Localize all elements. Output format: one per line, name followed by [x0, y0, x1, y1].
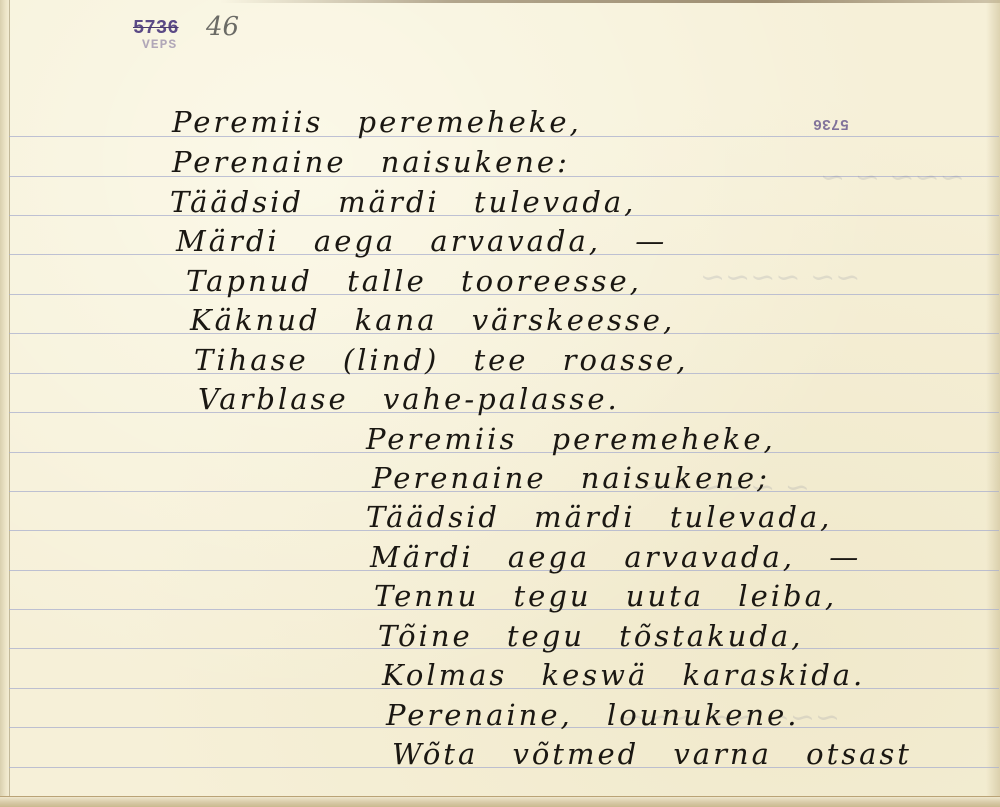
verse-line: Tapnud talle tooreesse, [186, 267, 642, 296]
verse-line: Tennu tegu uuta leiba, [374, 582, 837, 611]
verse-line: Perenaine naisukene; [372, 464, 770, 493]
verse-line: Käknud kana värskeesse, [190, 306, 675, 335]
bleed-through-writing: ~~ ~~~~ [700, 260, 860, 295]
verse-line: Täädsid märdi tulevada, [366, 503, 832, 532]
archive-stamp-number: 5736 [133, 17, 179, 39]
verse-line: Wõta võtmed varna otsast [392, 740, 912, 769]
verse-line: Perenaine, lounukene. [386, 701, 799, 730]
page-right-shadow [986, 0, 1000, 807]
verse-line: Perenaine naisukene: [172, 148, 570, 177]
page-binding-edge [0, 0, 10, 807]
verse-line: Peremiis peremeheke, [172, 108, 582, 137]
verse-line: Tõine tegu tõstakuda, [378, 622, 803, 651]
verse-line: Täädsid märdi tulevada, [170, 188, 636, 217]
verse-line: Märdi aega arvavada, — [370, 543, 861, 572]
bleed-through-writing: ~~~ ~ ~ [820, 160, 965, 195]
manuscript-page: ~~~ ~ ~ ~~ ~~~~ ~ ~~~ ~~ ~~~ ~~ ~~~ 5736… [0, 0, 1000, 807]
archive-stamp-sub: VEPS [142, 37, 177, 52]
verse-line: Kolmas keswä karaskida. [382, 661, 865, 690]
verse-line: Märdi aega arvavada, — [176, 227, 667, 256]
verse-line: Tihase (lind) tee roasse, [194, 346, 688, 375]
verse-line: Varblase vahe-palasse. [198, 385, 620, 414]
page-top-edge [220, 0, 1000, 3]
mirrored-stamp-show-through: 5736 [813, 115, 849, 132]
pencil-page-mark: 46 [206, 12, 239, 42]
verse-line: Peremiis peremeheke, [366, 425, 776, 454]
page-bottom-edge [0, 796, 1000, 807]
